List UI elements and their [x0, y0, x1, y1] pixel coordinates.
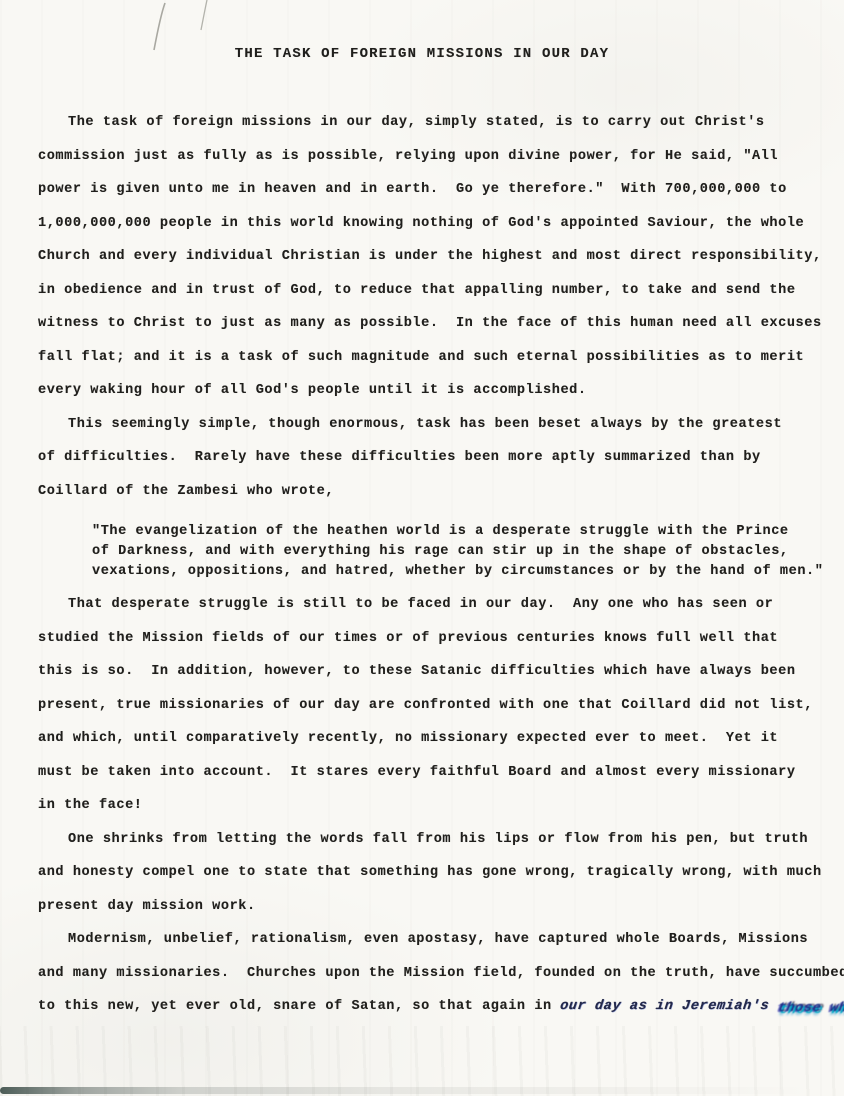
text-line: present, true missionaries of our day ar…: [38, 689, 844, 723]
text-line: present day mission work.: [38, 890, 844, 924]
text-line-smeared: to this new, yet ever old, snare of Sata…: [38, 990, 844, 1024]
text-line: of difficulties. Rarely have these diffi…: [38, 441, 844, 475]
text-line: vexations, oppositions, and hatred, whet…: [92, 562, 844, 582]
text-line: commission just as fully as is possible,…: [38, 140, 844, 174]
scan-streaks: [0, 1026, 844, 1096]
text-line: must be taken into account. It stares ev…: [38, 756, 844, 790]
scan-edge-smudge: [0, 1087, 844, 1094]
paragraph: That desperate struggle is still to be f…: [38, 588, 844, 823]
smear-ghosted-text: those wh: [775, 992, 844, 1026]
text-line: and which, until comparatively recently,…: [38, 722, 844, 756]
document-title: THE TASK OF FOREIGN MISSIONS IN OUR DAY: [0, 46, 844, 62]
text-line: witness to Christ to just as many as pos…: [38, 307, 844, 341]
text-line: Modernism, unbelief, rationalism, even a…: [38, 923, 844, 957]
text-line: this is so. In addition, however, to the…: [38, 655, 844, 689]
smear-slanted-text: our day as in Jeremiah's: [558, 990, 780, 1024]
paragraph: The task of foreign missions in our day,…: [38, 106, 844, 408]
text-line: The task of foreign missions in our day,…: [38, 106, 844, 140]
text-line: power is given unto me in heaven and in …: [38, 173, 844, 207]
document-page: THE TASK OF FOREIGN MISSIONS IN OUR DAY …: [0, 0, 844, 1096]
text-line: studied the Mission fields of our times …: [38, 622, 844, 656]
text-line: "The evangelization of the heathen world…: [92, 522, 844, 542]
smear-normal-text: to this new, yet ever old, snare of Sata…: [38, 999, 560, 1014]
text-line: fall flat; and it is a task of such magn…: [38, 341, 844, 375]
text-line: Church and every individual Christian is…: [38, 240, 844, 274]
text-line: That desperate struggle is still to be f…: [38, 588, 844, 622]
text-line: in the face!: [38, 789, 844, 823]
block-quote: "The evangelization of the heathen world…: [92, 522, 844, 582]
text-line: in obedience and in trust of God, to red…: [38, 274, 844, 308]
document-body: The task of foreign missions in our day,…: [38, 106, 844, 1024]
paragraph: One shrinks from letting the words fall …: [38, 823, 844, 924]
text-line: and honesty compel one to state that som…: [38, 856, 844, 890]
text-line: 1,000,000,000 people in this world knowi…: [38, 207, 844, 241]
paragraph: Modernism, unbelief, rationalism, even a…: [38, 923, 844, 1024]
text-line: This seemingly simple, though enormous, …: [38, 408, 844, 442]
text-line: every waking hour of all God's people un…: [38, 374, 844, 408]
text-line: One shrinks from letting the words fall …: [38, 823, 844, 857]
text-line: of Darkness, and with everything his rag…: [92, 542, 844, 562]
text-line: and many missionaries. Churches upon the…: [38, 957, 844, 991]
text-line: Coillard of the Zambesi who wrote,: [38, 475, 844, 509]
paragraph: This seemingly simple, though enormous, …: [38, 408, 844, 509]
